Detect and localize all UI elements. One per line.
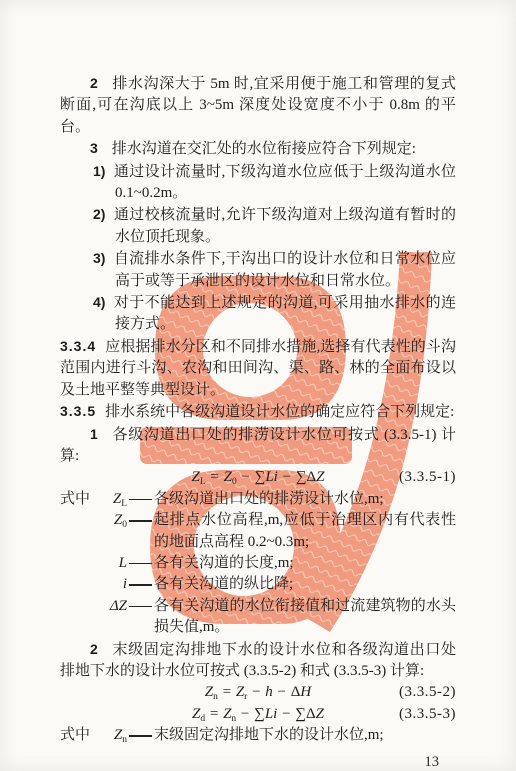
- def-variable: ZL: [100, 489, 127, 510]
- variable-definition-row: ΔZ 各有关沟道的水位衔接值和过流建筑物的水头损失值,m。: [60, 596, 456, 639]
- sub-item-number: 2): [93, 206, 105, 222]
- def-variable: ΔZ: [100, 596, 127, 639]
- item-number: 1: [90, 426, 98, 442]
- def-description: 各有关沟道的长度,m;: [154, 553, 456, 574]
- def-description: 起排点水位高程,m,应低于治理区内有代表性的地面点高程 0.2~0.3m;: [154, 510, 456, 553]
- def-variable: i: [100, 574, 127, 595]
- item-number: 3: [90, 140, 98, 156]
- clause-3-3-5: 3.3.5排水系统中各级沟道设计水位的确定应符合下列规定:: [60, 401, 456, 423]
- para-text: 排水沟深大于 5m 时,宜采用便于施工和管理的复式断面,可在沟底以上 3~5m …: [60, 76, 456, 135]
- sub-item-number: 3): [93, 250, 105, 266]
- para-item-3: 3排水沟道在交汇处的水位衔接应符合下列规定:: [60, 138, 456, 160]
- sub-item-3: 3)自流排水条件下,干沟出口的设计水位和日常水位应高于或等于承泄区的设计水位和日…: [60, 248, 456, 292]
- clause-number: 3.3.5: [60, 403, 96, 419]
- sub-item-number: 4): [93, 294, 105, 310]
- para-item-2b: 2末级固定沟排地下水的设计水位和各级沟道出口处排地下水的设计水位可按式 (3.3…: [60, 639, 456, 683]
- variable-definition-row: 式中 ZL 各级沟道出口处的排涝设计水位,m;: [60, 489, 456, 510]
- item-number: 2: [90, 75, 98, 91]
- def-description: 各级沟道出口处的排涝设计水位,m;: [154, 489, 456, 510]
- def-variable: Zn: [100, 725, 127, 746]
- para-text: 对于不能达到上述规定的沟道,可采用抽水排水的连接方式。: [113, 295, 456, 332]
- def-dash: [129, 584, 152, 586]
- para-text: 应根据排水分区和不同排水措施,选择有代表性的斗沟范围内进行斗沟、农沟和田间沟、渠…: [60, 339, 456, 398]
- formula-3-3-5-3: Zd = Zn − ∑Li − ∑ΔZ (3.3.5-3): [60, 704, 456, 725]
- sub-item-4: 4)对于不能达到上述规定的沟道,可采用抽水排水的连接方式。: [60, 292, 456, 336]
- def-leader: 式中: [60, 489, 100, 510]
- item-number: 2: [90, 641, 98, 657]
- para-text: 末级固定沟排地下水的设计水位和各级沟道出口处排地下水的设计水位可按式 (3.3.…: [60, 642, 456, 679]
- def-description: 末级固定沟排地下水的设计水位,m;: [154, 725, 456, 746]
- def-dash: [129, 606, 152, 608]
- def-dash: [129, 735, 152, 737]
- page-number: 13: [0, 747, 516, 771]
- para-item-2: 2排水沟深大于 5m 时,宜采用便于施工和管理的复式断面,可在沟底以上 3~5m…: [60, 73, 456, 138]
- clause-3-3-4: 3.3.4应根据排水分区和不同排水措施,选择有代表性的斗沟范围内进行斗沟、农沟和…: [60, 336, 456, 401]
- def-description: 各有关沟道的纵比降;: [154, 574, 456, 595]
- def-leader: [60, 510, 100, 553]
- formula-3-3-5-2: Zn = Zr − h − ΔH (3.3.5-2): [60, 682, 456, 703]
- para-item-1: 1各级沟道出口处的排涝设计水位可按式 (3.3.5-1) 计算:: [60, 424, 456, 468]
- formula-expression: Zn = Zr − h − ΔH: [205, 684, 312, 700]
- def-dash: [129, 499, 152, 501]
- para-text: 排水沟道在交汇处的水位衔接应符合下列规定:: [112, 141, 416, 157]
- def-leader: [60, 596, 100, 639]
- def-dash: [129, 563, 152, 565]
- para-text: 自流排水条件下,干沟出口的设计水位和日常水位应高于或等于承泄区的设计水位和日常水…: [113, 251, 456, 288]
- def-leader: 式中: [60, 725, 100, 746]
- formula-3-3-5-1: ZL = Z0 − ∑Li − ∑ΔZ (3.3.5-1): [60, 467, 456, 488]
- sub-item-number: 1): [93, 163, 105, 179]
- def-dash: [129, 520, 152, 522]
- def-leader: [60, 553, 100, 574]
- variable-definition-row: L 各有关沟道的长度,m;: [60, 553, 456, 574]
- def-description: 各有关沟道的水位衔接值和过流建筑物的水头损失值,m。: [154, 596, 456, 639]
- def-variable: L: [100, 553, 127, 574]
- equation-number: (3.3.5-3): [399, 704, 456, 725]
- page-body: 2排水沟深大于 5m 时,宜采用便于施工和管理的复式断面,可在沟底以上 3~5m…: [0, 0, 516, 747]
- def-variable: Z0: [100, 510, 127, 553]
- para-text: 通过设计流量时,下级沟道水位应低于上级沟道水位 0.1~0.2m。: [113, 164, 456, 201]
- para-text: 排水系统中各级沟道设计水位的确定应符合下列规定:: [105, 404, 454, 420]
- para-text: 通过校核流量时,允许下级沟道对上级沟道有暂时的水位顶托现象。: [113, 207, 456, 244]
- sub-item-1: 1)通过设计流量时,下级沟道水位应低于上级沟道水位 0.1~0.2m。: [60, 161, 456, 205]
- equation-number: (3.3.5-1): [399, 467, 456, 488]
- formula-expression: Zd = Zn − ∑Li − ∑ΔZ: [192, 706, 324, 722]
- formula-expression: ZL = Z0 − ∑Li − ∑ΔZ: [191, 469, 324, 485]
- para-text: 各级沟道出口处的排涝设计水位可按式 (3.3.5-1) 计算:: [60, 427, 456, 464]
- variable-definition-row: i 各有关沟道的纵比降;: [60, 574, 456, 595]
- variable-definition-row: Z0 起排点水位高程,m,应低于治理区内有代表性的地面点高程 0.2~0.3m;: [60, 510, 456, 553]
- equation-number: (3.3.5-2): [399, 682, 456, 703]
- clause-number: 3.3.4: [60, 338, 96, 354]
- sub-item-2: 2)通过校核流量时,允许下级沟道对上级沟道有暂时的水位顶托现象。: [60, 204, 456, 248]
- document-page: 2排水沟深大于 5m 时,宜采用便于施工和管理的复式断面,可在沟底以上 3~5m…: [0, 0, 516, 771]
- def-leader: [60, 574, 100, 595]
- variable-definition-row: 式中 Zn 末级固定沟排地下水的设计水位,m;: [60, 725, 456, 746]
